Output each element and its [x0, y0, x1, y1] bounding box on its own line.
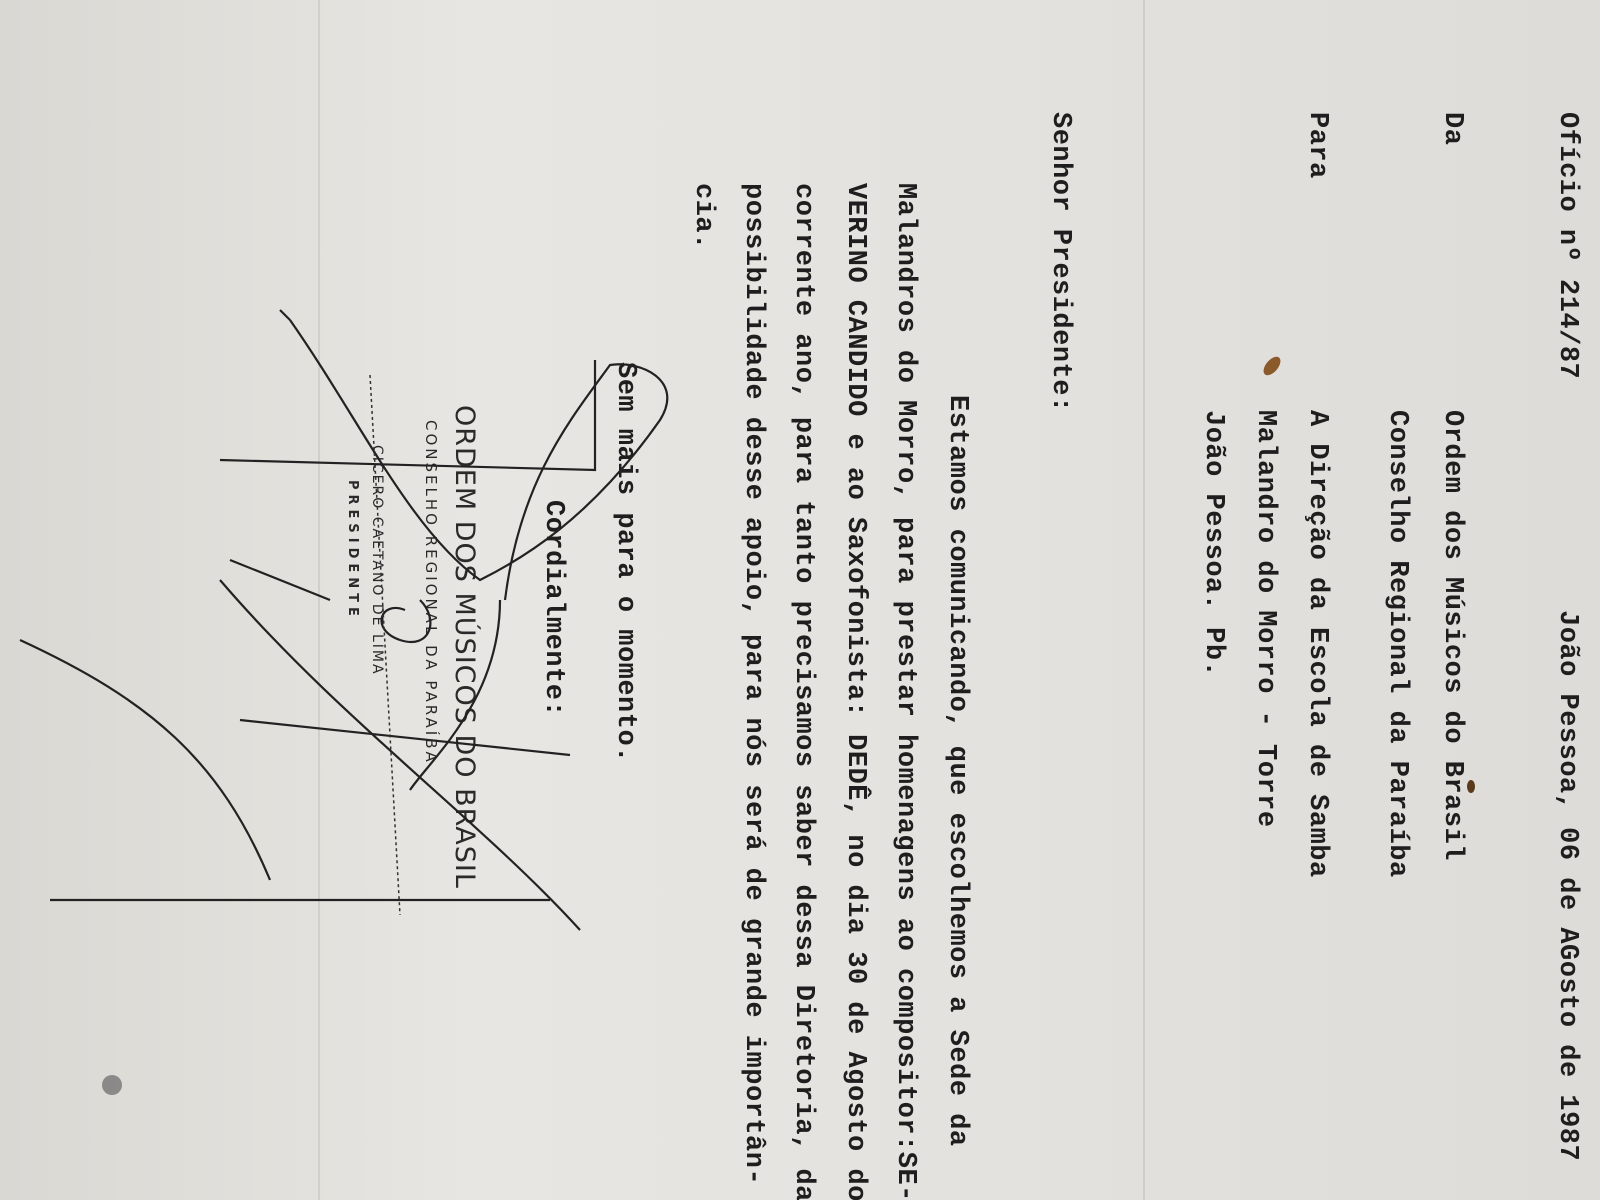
document-page: Ofício nº 214/87 João Pessoa, 06 de AGos…	[0, 0, 1600, 1200]
signature	[0, 0, 1600, 1200]
stain	[102, 1075, 122, 1095]
stain	[1467, 780, 1475, 793]
